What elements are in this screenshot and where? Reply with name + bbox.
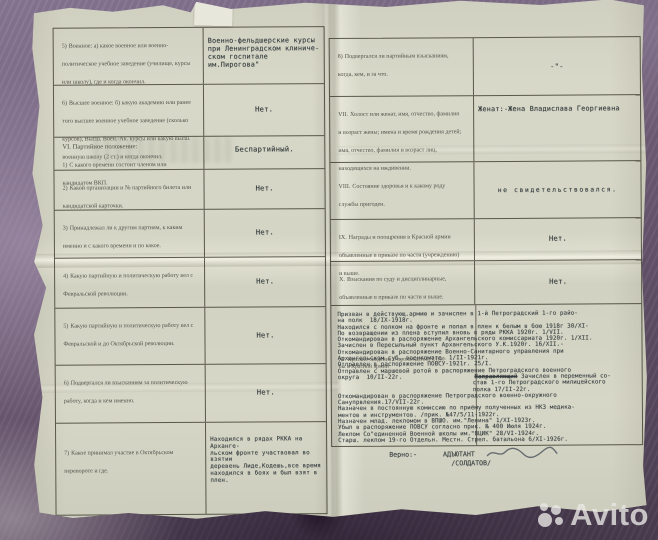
adjutant-title: АДЪЮТАНТ (443, 450, 475, 458)
question-number: 7) (64, 451, 69, 457)
answer-text: Беспартийный. (235, 145, 294, 154)
answer-text: не свидетельствовался. (498, 185, 618, 194)
answer-cell: Нет. (204, 169, 324, 209)
question-text: Подвергался ли партийным взысканиям, ког… (338, 53, 449, 78)
question-number: 5) (63, 324, 68, 330)
question-text: Какой организации и № партийного билета … (63, 185, 192, 210)
question-number: VIII. (339, 184, 351, 190)
avito-watermark: Avito (538, 497, 649, 533)
question-number: 5) (62, 44, 67, 50)
question-cell: 6)Высшее военное: б) какую академию или … (54, 85, 204, 137)
answer-cell: не свидетельствовался. (474, 162, 640, 219)
form-row: 3)Принадлежал ли к другим партиям, к как… (55, 209, 325, 259)
left-page-form-table: 5)Военное: а) какое военное или военно-п… (53, 26, 328, 516)
answer-text: Нет. (549, 278, 567, 287)
tape-fragment (194, 0, 233, 26)
form-row: 6)Высшее военное: б) какую академию или … (54, 84, 324, 138)
section-heading: VI. Партийное положение: (62, 143, 193, 151)
answer-cell: Нет. (204, 84, 324, 136)
form-row: VIII.Состояние здоровья и к какому роду … (330, 162, 640, 220)
form-row: 5)Военное: а) какое военное или военно-п… (54, 27, 324, 86)
answer-text: -"- (550, 62, 564, 70)
answer-cell: Военно-фельдшерские курсы при Ленинградс… (204, 27, 324, 84)
question-text: Военное: а) какое военное или военно-пол… (62, 43, 191, 86)
question-cell: VII.Холост или женат, имя, отчество, фам… (330, 97, 474, 163)
question-cell: 7)Какое принимал участие в Октябрьском п… (56, 423, 207, 515)
answer-text: Нет. (256, 278, 274, 287)
answer-cell: Нет. (475, 260, 641, 304)
verno-label: Верно:- (389, 451, 417, 459)
answer-cell: Нет. (205, 307, 325, 364)
question-cell: VIII.Состояние здоровья и к какому роду … (330, 163, 474, 219)
question-cell: 2)Какой организации и № партийного билет… (54, 170, 204, 210)
form-row: 5)Какую партийную и политическую работу … (55, 307, 325, 366)
answer-text: Военно-фельдшерские курсы при Ленинградс… (208, 36, 321, 69)
question-cell: 4)Какую партийную и политическую работу … (55, 258, 205, 308)
question-number: 3) (63, 226, 68, 232)
question-text: Взыскания по суду и дисциплинарные, объя… (339, 276, 446, 301)
photo-of-document: 5)Военное: а) какое военное или военно-п… (0, 0, 658, 540)
question-number: 8) (338, 54, 343, 60)
question-number: 6) (62, 101, 67, 107)
question-number: VII. (338, 112, 348, 118)
question-text: Какое принимал участие в Октябрьском пер… (64, 450, 173, 475)
question-number: 6) (64, 381, 69, 387)
signature-mark (485, 445, 559, 461)
answer-cell: Нет. (206, 364, 326, 422)
answer-cell: Нет. (205, 209, 325, 257)
answer-text: Нет. (256, 229, 274, 238)
question-text: Принадлежал ли к другим партиям, к каким… (63, 225, 182, 250)
question-cell: 3)Принадлежал ли к другим партиям, к как… (55, 210, 205, 258)
document-sheet: 5)Военное: а) какое военное или военно-п… (26, 0, 649, 522)
question-number: 4) (63, 274, 68, 280)
service-record-text: Призван в действующ.армию и зачислен в 1… (337, 310, 640, 444)
avito-logo-icon (538, 502, 565, 529)
question-cell: 6)Подвергался ли взысканиям за политичес… (56, 365, 206, 423)
question-cell: 8)Подвергался ли партийным взысканиям, к… (330, 38, 474, 96)
form-row: 7)Какое принимал участие в Октябрьском п… (56, 422, 327, 515)
answer-text: Находился в рядах РККА на Арханге- льско… (210, 436, 323, 484)
service-record-line-part: округа 10/II-22г. (338, 375, 403, 381)
question-cell: 5)Какую партийную и политическую работу … (55, 308, 205, 365)
form-row: 4)Какую партийную и политическую работу … (55, 257, 325, 309)
answer-cell: Нет. (205, 257, 325, 307)
answer-text: Нет. (549, 235, 567, 244)
question-number: IX. (339, 235, 347, 241)
form-row: VII.Холост или женат, имя, отчество, фам… (330, 96, 640, 164)
form-row: IX.Награды и поощрения в Красной армии о… (331, 218, 641, 262)
answer-text: Нет. (257, 389, 275, 398)
answer-cell: Нет. (475, 218, 641, 260)
question-text: Подвергался ли взысканиям за политическу… (64, 380, 188, 405)
answer-text: Нет. (255, 185, 273, 194)
question-number: X. (339, 277, 345, 283)
question-text: Состояние здоровья и к какому роду служб… (339, 184, 446, 209)
question-cell: X.Взыскания по суду и дисциплинарные, об… (331, 261, 475, 305)
watermark-brand-text: Avito (570, 497, 649, 533)
form-row: X.Взыскания по суду и дисциплинарные, об… (331, 260, 641, 305)
question-cell: 5)Военное: а) какое военное или военно-п… (54, 28, 204, 85)
answer-cell: -"- (474, 37, 640, 95)
form-row: 2)Какой организации и № партийного билет… (54, 169, 324, 211)
form-row: 8)Подвергался ли партийным взысканиям, к… (330, 37, 640, 97)
form-row: 6)Подвергался ли взысканиям за политичес… (56, 364, 326, 424)
question-text: Какую партийную и политическую работу ве… (63, 323, 193, 348)
certification-block: Верно:-АДЪЮТАНТ /СОЛДАТОВ/ (389, 450, 491, 468)
right-page-form-table: 8)Подвергался ли партийным взысканиям, к… (329, 36, 643, 305)
answer-cell: Беспартийный. (204, 136, 324, 169)
question-cell: VI. Партийное положение: 1)С какого врем… (54, 137, 204, 170)
question-number: 2) (63, 186, 68, 192)
question-text: Какую партийную и политическую работу ве… (63, 273, 193, 298)
question-cell: IX.Награды и поощрения в Красной армии о… (331, 219, 475, 261)
service-record-section: XI. Краткие сведения о прохождении служ-… (330, 303, 643, 447)
answer-text: Женат:-Жена Владислава Георгиевна (478, 105, 620, 114)
answer-text: Нет. (256, 331, 274, 340)
service-record-line: Старш. лекпом 19-го Отдельн. Местн. Стре… (338, 436, 640, 444)
answer-cell: Женат:-Жена Владислава Георгиевна (474, 96, 640, 162)
answer-cell: Находился в рядах РККА на Арханге- льско… (206, 422, 327, 514)
form-row: VI. Партийное положение: 1)С какого врем… (54, 136, 324, 171)
question-number: 1) (62, 163, 67, 169)
answer-text: Нет. (255, 106, 273, 115)
